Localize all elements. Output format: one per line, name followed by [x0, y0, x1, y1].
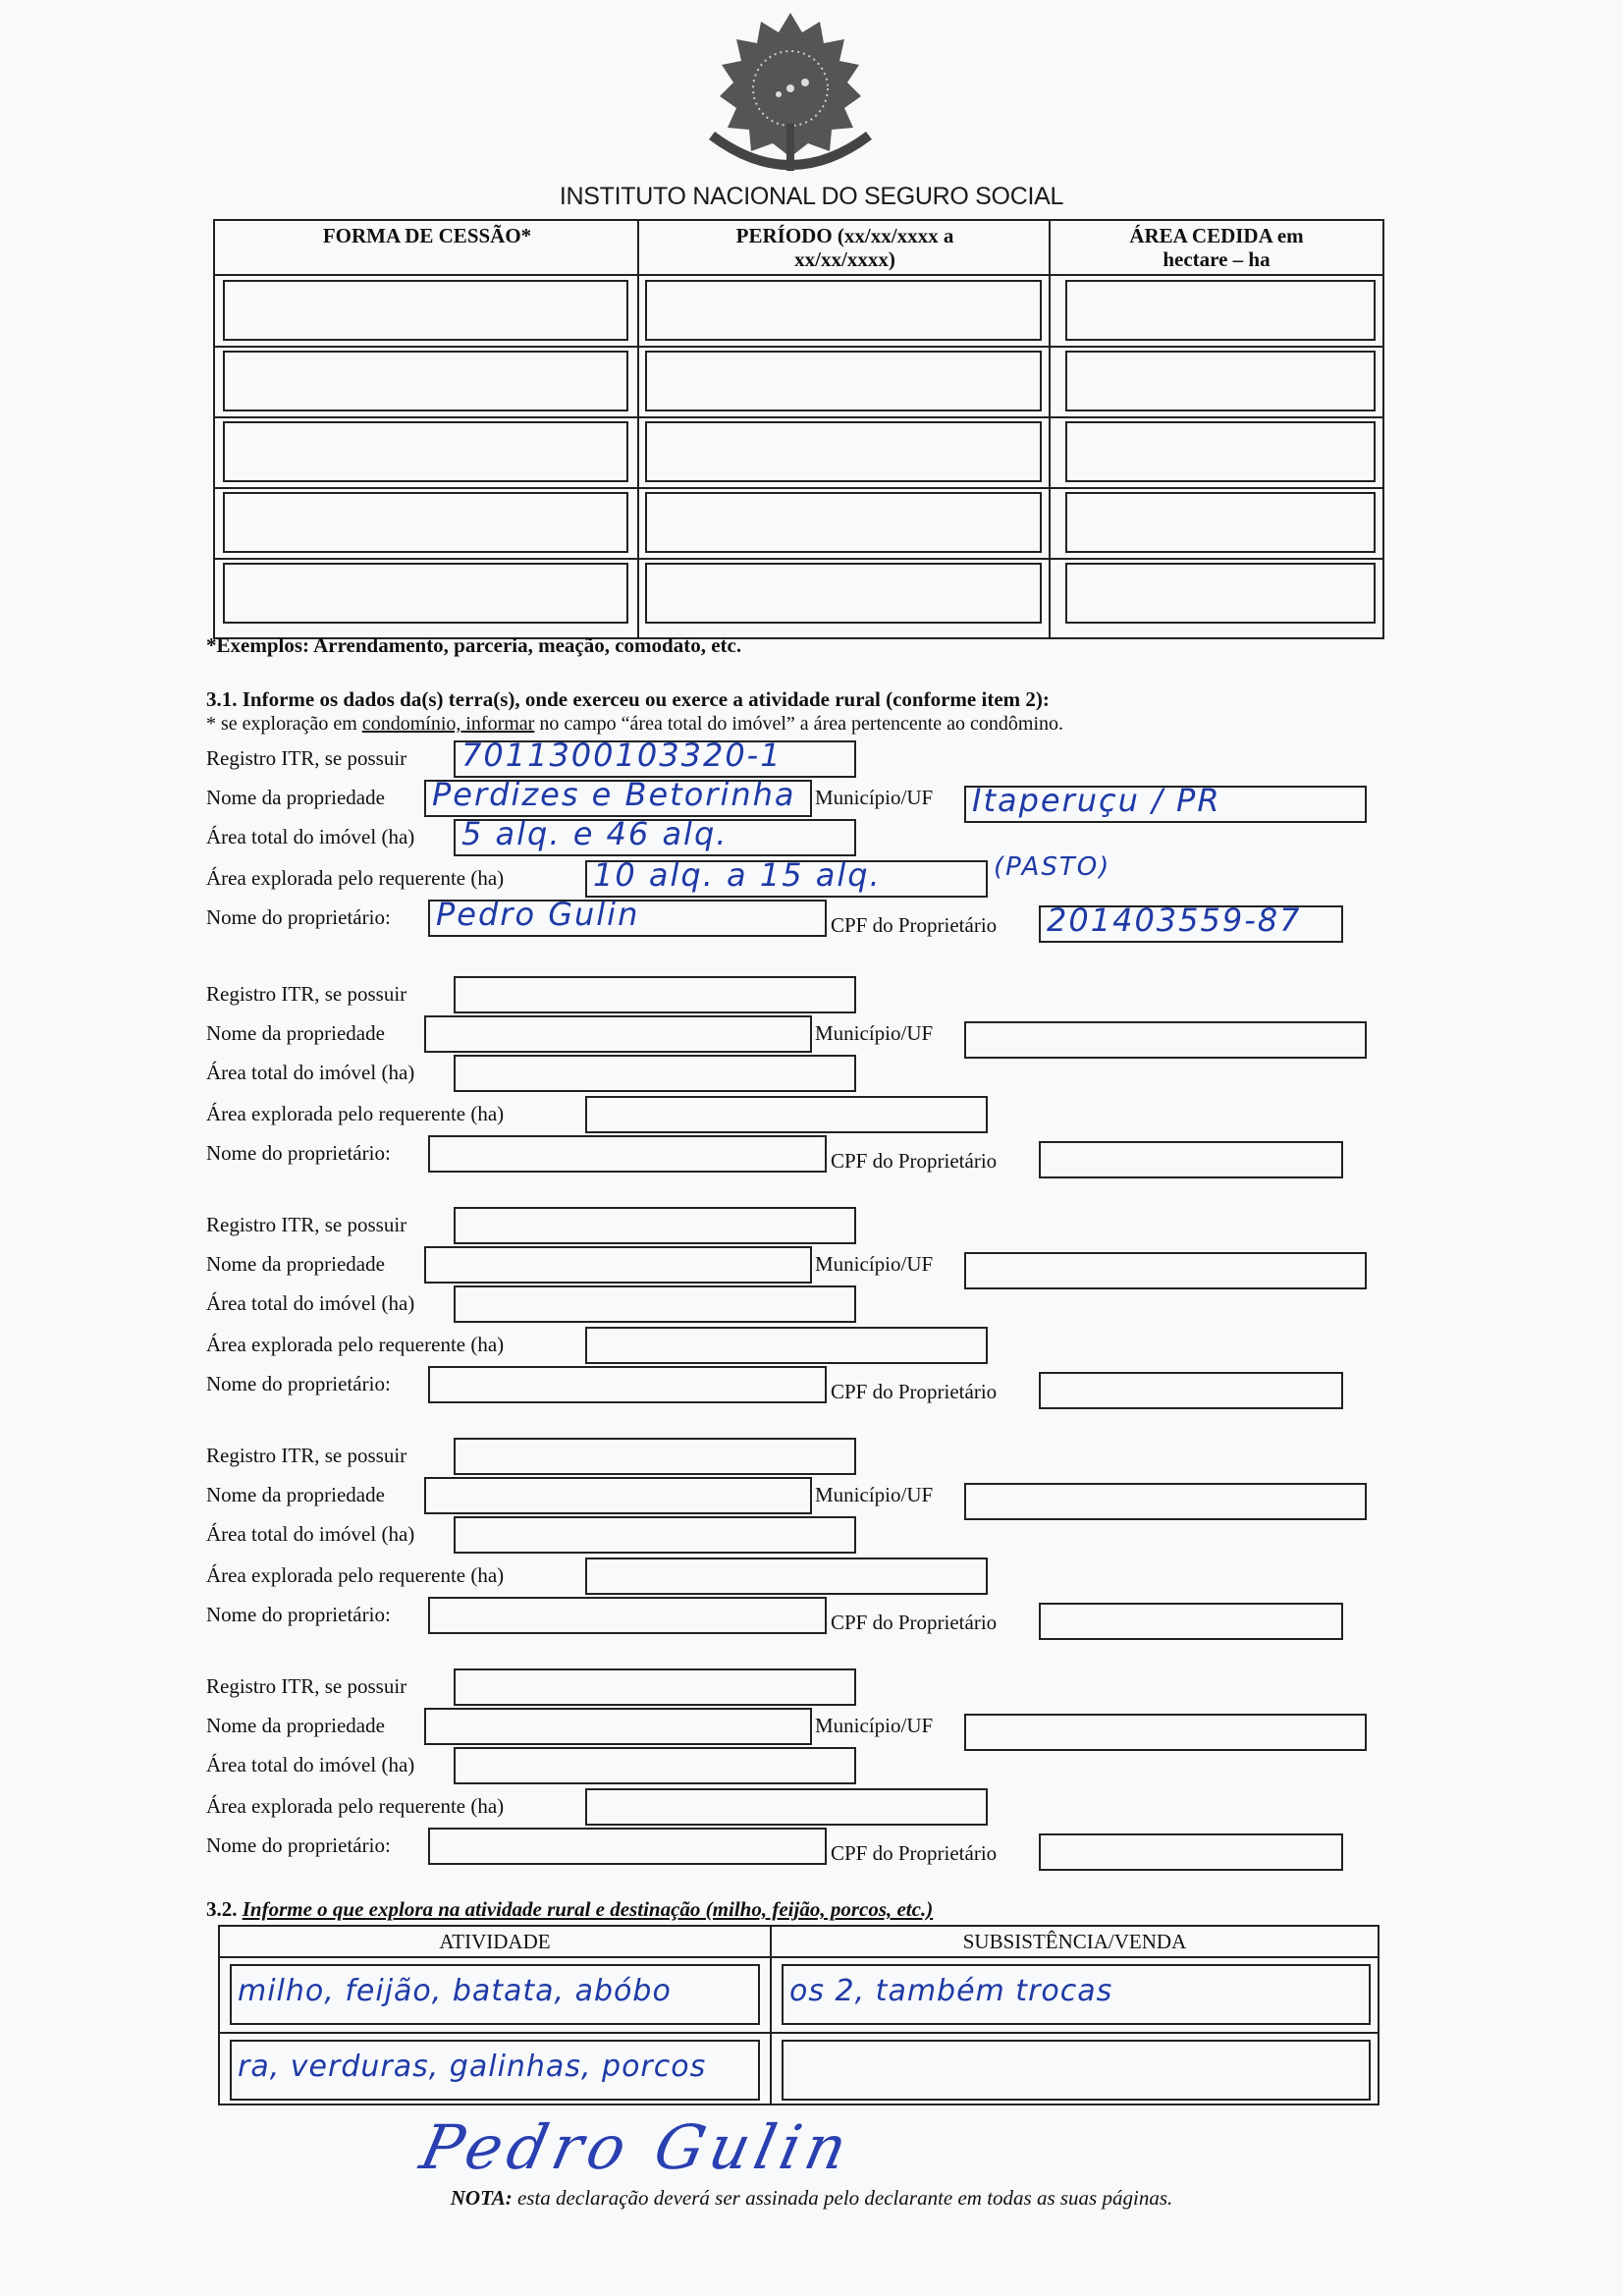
itr-field[interactable] — [454, 976, 856, 1013]
total-area-label: Área total do imóvel (ha) — [206, 1522, 414, 1547]
cession-cell[interactable] — [645, 280, 1042, 341]
property-name-field[interactable] — [424, 1246, 812, 1284]
cession-cell[interactable] — [1065, 280, 1376, 341]
column-header-forma: FORMA DE CESSÃO* — [215, 221, 639, 276]
signature: Pedro Gulin — [414, 2111, 859, 2183]
institute-name: INSTITUTO NACIONAL DO SEGURO SOCIAL — [0, 183, 1623, 211]
itr-label: Registro ITR, se possuir — [206, 1444, 406, 1468]
property-name-label: Nome da propriedade — [206, 1021, 385, 1046]
property-name-field[interactable] — [424, 1708, 812, 1745]
property-name-field-value: Perdizes e Betorinha — [432, 776, 796, 813]
cession-cell[interactable] — [645, 351, 1042, 411]
cession-footnote: *Exemplos: Arrendamento, parceria, meaçã… — [206, 633, 741, 658]
owner-cpf-field[interactable] — [1039, 1372, 1343, 1409]
explored-area-label: Área explorada pelo requerente (ha) — [206, 1563, 504, 1588]
itr-label: Registro ITR, se possuir — [206, 1213, 406, 1237]
handwritten-value: ra, verduras, galinhas, porcos — [238, 2050, 706, 2084]
property-name-field[interactable] — [424, 1477, 812, 1514]
column-header-destinacao: SUBSISTÊNCIA/VENDA — [772, 1927, 1378, 1956]
municipality-label: Município/UF — [815, 786, 933, 810]
explored-area-label: Área explorada pelo requerente (ha) — [206, 1102, 504, 1126]
explored-area-field[interactable] — [585, 1558, 988, 1595]
cession-cell[interactable] — [223, 351, 628, 411]
cession-cell[interactable] — [645, 421, 1042, 482]
nota-footer: NOTA: esta declaração deverá ser assinad… — [0, 2186, 1623, 2211]
total-area-field[interactable] — [454, 1055, 856, 1092]
property-name-label: Nome da propriedade — [206, 1252, 385, 1277]
destination-cell[interactable]: os 2, também trocas — [782, 1964, 1371, 2025]
activity-cell[interactable]: ra, verduras, galinhas, porcos — [230, 2040, 760, 2101]
total-area-field[interactable] — [454, 1516, 856, 1554]
municipality-field[interactable] — [964, 1714, 1367, 1751]
owner-cpf-label: CPF do Proprietário — [831, 913, 997, 938]
explored-area-field-value: 10 alq. a 15 alq. — [593, 856, 882, 894]
owner-cpf-label: CPF do Proprietário — [831, 1149, 997, 1174]
total-area-label: Área total do imóvel (ha) — [206, 1061, 414, 1085]
property-name-field[interactable] — [424, 1015, 812, 1053]
owner-name-label: Nome do proprietário: — [206, 1141, 391, 1166]
explored-area-field[interactable] — [585, 1788, 988, 1826]
owner-cpf-field[interactable] — [1039, 1833, 1343, 1871]
owner-name-field[interactable] — [428, 1366, 827, 1403]
brazil-coat-of-arms-icon — [692, 8, 889, 180]
itr-label: Registro ITR, se possuir — [206, 982, 406, 1007]
cession-cell[interactable] — [1065, 351, 1376, 411]
cession-cell[interactable] — [1065, 492, 1376, 553]
total-area-label: Área total do imóvel (ha) — [206, 825, 414, 849]
activity-table: ATIVIDADE SUBSISTÊNCIA/VENDA milho, feij… — [218, 1925, 1380, 2105]
property-name-label: Nome da propriedade — [206, 786, 385, 810]
handwritten-value: milho, feijão, batata, abóbo — [238, 1974, 672, 2008]
itr-label: Registro ITR, se possuir — [206, 746, 406, 771]
handwritten-value: os 2, também trocas — [789, 1974, 1112, 2008]
cession-cell[interactable] — [1065, 421, 1376, 482]
owner-name-field-value: Pedro Gulin — [436, 896, 639, 933]
cession-cell[interactable] — [223, 563, 628, 624]
owner-cpf-label: CPF do Proprietário — [831, 1841, 997, 1866]
owner-cpf-field[interactable] — [1039, 1141, 1343, 1178]
owner-name-field[interactable] — [428, 1828, 827, 1865]
owner-cpf-label: CPF do Proprietário — [831, 1380, 997, 1404]
column-header-area: ÁREA CEDIDA emhectare – ha — [1051, 221, 1382, 276]
itr-field[interactable] — [454, 1668, 856, 1706]
owner-name-label: Nome do proprietário: — [206, 1372, 391, 1396]
explored-area-field[interactable] — [585, 1327, 988, 1364]
municipality-label: Município/UF — [815, 1714, 933, 1738]
total-area-field-value: 5 alq. e 46 alq. — [461, 815, 728, 852]
section-3-1-title: 3.1. Informe os dados da(s) terra(s), on… — [206, 687, 1050, 712]
destination-cell[interactable] — [782, 2040, 1371, 2101]
municipality-field[interactable] — [964, 1483, 1367, 1520]
owner-cpf-label: CPF do Proprietário — [831, 1611, 997, 1635]
owner-cpf-field-value: 201403559-87 — [1047, 902, 1302, 939]
property-name-label: Nome da propriedade — [206, 1714, 385, 1738]
cession-cell[interactable] — [1065, 563, 1376, 624]
total-area-field[interactable] — [454, 1747, 856, 1784]
itr-field[interactable] — [454, 1207, 856, 1244]
owner-name-label: Nome do proprietário: — [206, 1833, 391, 1858]
owner-name-field[interactable] — [428, 1597, 827, 1634]
municipality-label: Município/UF — [815, 1483, 933, 1507]
municipality-label: Município/UF — [815, 1252, 933, 1277]
owner-name-label: Nome do proprietário: — [206, 1603, 391, 1627]
municipality-label: Município/UF — [815, 1021, 933, 1046]
cession-cell[interactable] — [223, 421, 628, 482]
itr-label: Registro ITR, se possuir — [206, 1674, 406, 1699]
explored-area-label: Área explorada pelo requerente (ha) — [206, 866, 504, 891]
owner-cpf-field[interactable] — [1039, 1603, 1343, 1640]
cession-table: FORMA DE CESSÃO* PERÍODO (xx/xx/xxxx axx… — [213, 219, 1384, 639]
section-3-2-title: 3.2. Informe o que explora na atividade … — [206, 1897, 933, 1922]
explored-area-label: Área explorada pelo requerente (ha) — [206, 1333, 504, 1357]
cession-cell[interactable] — [223, 492, 628, 553]
municipality-field[interactable] — [964, 1252, 1367, 1289]
cession-cell[interactable] — [645, 492, 1042, 553]
municipality-field[interactable] — [964, 1021, 1367, 1059]
column-header-atividade: ATIVIDADE — [220, 1927, 770, 1956]
cession-cell[interactable] — [645, 563, 1042, 624]
explored-area-field[interactable] — [585, 1096, 988, 1133]
total-area-field[interactable] — [454, 1285, 856, 1323]
total-area-label: Área total do imóvel (ha) — [206, 1753, 414, 1777]
column-header-periodo: PERÍODO (xx/xx/xxxx axx/xx/xxxx) — [639, 221, 1051, 276]
explored-area-label: Área explorada pelo requerente (ha) — [206, 1794, 504, 1819]
property-name-label: Nome da propriedade — [206, 1483, 385, 1507]
total-area-label: Área total do imóvel (ha) — [206, 1291, 414, 1316]
itr-field[interactable] — [454, 1438, 856, 1475]
section-3-1-note: * se exploração em condomínio, informar … — [206, 713, 1063, 736]
activity-cell[interactable]: milho, feijão, batata, abóbo — [230, 1964, 760, 2025]
cession-cell[interactable] — [223, 280, 628, 341]
itr-field-value: 7011300103320-1 — [461, 737, 783, 774]
municipality-field-value: Itaperuçu / PR — [972, 782, 1221, 819]
explored-area-note: (PASTO) — [994, 852, 1110, 882]
owner-name-field[interactable] — [428, 1135, 827, 1173]
owner-name-label: Nome do proprietário: — [206, 905, 391, 930]
